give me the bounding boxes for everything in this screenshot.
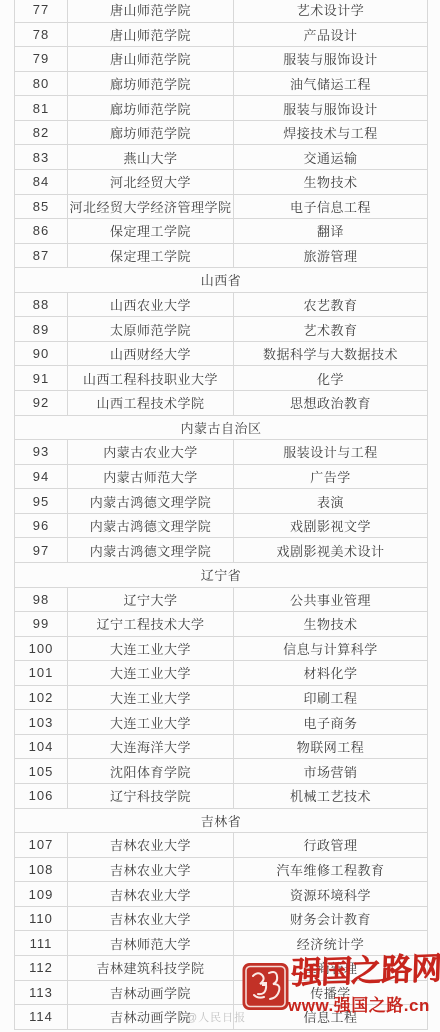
row-number: 85 [15, 195, 68, 219]
major-name: 焊接技术与工程 [234, 121, 427, 145]
table-row: 96内蒙古鸿德文理学院戏剧影视文学 [15, 514, 427, 539]
university-name: 吉林建筑科技学院 [68, 956, 234, 980]
watermark-site-url: www.强国之路.cn [288, 991, 430, 1016]
major-name: 服装设计与工程 [234, 440, 427, 464]
province-section-row: 内蒙古自治区 [15, 416, 427, 441]
major-name: 汽车维修工程教育 [234, 858, 427, 882]
table-row: 88山西农业大学农艺教育 [15, 293, 427, 318]
major-name: 艺术教育 [234, 317, 427, 341]
university-major-list-image: 77唐山师范学院艺术设计学78唐山师范学院产品设计79唐山师范学院服装与服饰设计… [0, 0, 440, 1032]
table-row: 90山西财经大学数据科学与大数据技术 [15, 342, 427, 367]
major-name: 油气储运工程 [234, 72, 427, 96]
table-row: 98辽宁大学公共事业管理 [15, 588, 427, 613]
university-name: 太原师范学院 [68, 317, 234, 341]
major-name: 思想政治教育 [234, 391, 427, 415]
table-row: 93内蒙古农业大学服装设计与工程 [15, 440, 427, 465]
university-name: 内蒙古农业大学 [68, 440, 234, 464]
university-name: 河北经贸大学 [68, 170, 234, 194]
university-name: 大连工业大学 [68, 661, 234, 685]
major-name: 电子信息工程 [234, 195, 427, 219]
major-name: 印刷工程 [234, 686, 427, 710]
table-row: 82廊坊师范学院焊接技术与工程 [15, 121, 427, 146]
table-row: 89太原师范学院艺术教育 [15, 317, 427, 342]
row-number: 87 [15, 244, 68, 268]
university-name: 吉林农业大学 [68, 833, 234, 857]
table-row: 100大连工业大学信息与计算科学 [15, 637, 427, 662]
row-number: 113 [15, 981, 68, 1005]
row-number: 88 [15, 293, 68, 317]
university-name: 辽宁大学 [68, 588, 234, 612]
row-number: 110 [15, 907, 68, 931]
major-name: 交通运输 [234, 145, 427, 169]
table-row: 94内蒙古师范大学广告学 [15, 465, 427, 490]
table-row: 79唐山师范学院服装与服饰设计 [15, 47, 427, 72]
university-name: 保定理工学院 [68, 219, 234, 243]
major-name: 艺术设计学 [234, 0, 427, 22]
row-number: 93 [15, 440, 68, 464]
major-name: 物联网工程 [234, 735, 427, 759]
province-section-row: 辽宁省 [15, 563, 427, 588]
university-name: 廊坊师范学院 [68, 72, 234, 96]
university-major-table: 77唐山师范学院艺术设计学78唐山师范学院产品设计79唐山师范学院服装与服饰设计… [14, 0, 428, 1030]
row-number: 112 [15, 956, 68, 980]
table-row: 97内蒙古鸿德文理学院戏剧影视美术设计 [15, 538, 427, 563]
row-number: 79 [15, 47, 68, 71]
university-name: 唐山师范学院 [68, 0, 234, 22]
row-number: 101 [15, 661, 68, 685]
university-name: 沈阳体育学院 [68, 759, 234, 783]
university-name: 内蒙古鸿德文理学院 [68, 514, 234, 538]
major-name: 生物技术 [234, 612, 427, 636]
table-row: 78唐山师范学院产品设计 [15, 23, 427, 48]
major-name: 旅游管理 [234, 244, 427, 268]
major-name: 翻译 [234, 219, 427, 243]
row-number: 107 [15, 833, 68, 857]
row-number: 81 [15, 96, 68, 120]
row-number: 108 [15, 858, 68, 882]
row-number: 106 [15, 784, 68, 808]
table-row: 84河北经贸大学生物技术 [15, 170, 427, 195]
university-name: 廊坊师范学院 [68, 96, 234, 120]
province-section-row: 山西省 [15, 268, 427, 293]
university-name: 大连工业大学 [68, 710, 234, 734]
major-name: 公共事业管理 [234, 588, 427, 612]
major-name: 信息与计算科学 [234, 637, 427, 661]
table-row: 80廊坊师范学院油气储运工程 [15, 72, 427, 97]
table-row: 77唐山师范学院艺术设计学 [15, 0, 427, 23]
table-row: 91山西工程科技职业大学化学 [15, 366, 427, 391]
university-name: 大连海洋大学 [68, 735, 234, 759]
major-name: 行政管理 [234, 833, 427, 857]
red-seal-stamp-icon [242, 962, 289, 1011]
row-number: 100 [15, 637, 68, 661]
row-number: 104 [15, 735, 68, 759]
row-number: 82 [15, 121, 68, 145]
table-row: 107吉林农业大学行政管理 [15, 833, 427, 858]
watermark-site-name: 强国之路网 [290, 950, 440, 991]
row-number: 94 [15, 465, 68, 489]
row-number: 99 [15, 612, 68, 636]
university-name: 廊坊师范学院 [68, 121, 234, 145]
university-name: 山西农业大学 [68, 293, 234, 317]
university-name: 吉林农业大学 [68, 858, 234, 882]
province-section-row: 吉林省 [15, 809, 427, 834]
table-row: 104大连海洋大学物联网工程 [15, 735, 427, 760]
province-name: 山西省 [15, 268, 427, 292]
university-name: 河北经贸大学经济管理学院 [68, 195, 234, 219]
row-number: 109 [15, 882, 68, 906]
university-name: 大连工业大学 [68, 686, 234, 710]
university-name: 大连工业大学 [68, 637, 234, 661]
row-number: 89 [15, 317, 68, 341]
row-number: 86 [15, 219, 68, 243]
university-name: 保定理工学院 [68, 244, 234, 268]
university-name: 山西工程技术学院 [68, 391, 234, 415]
university-name: 内蒙古师范大学 [68, 465, 234, 489]
university-name: 吉林动画学院 [68, 981, 234, 1005]
table-row: 81廊坊师范学院服装与服饰设计 [15, 96, 427, 121]
row-number: 102 [15, 686, 68, 710]
row-number: 91 [15, 366, 68, 390]
row-number: 80 [15, 72, 68, 96]
row-number: 111 [15, 931, 68, 955]
table-row: 109吉林农业大学资源环境科学 [15, 882, 427, 907]
major-name: 表演 [234, 489, 427, 513]
university-name: 辽宁科技学院 [68, 784, 234, 808]
major-name: 戏剧影视美术设计 [234, 538, 427, 562]
major-name: 机械工艺技术 [234, 784, 427, 808]
table-row: 92山西工程技术学院思想政治教育 [15, 391, 427, 416]
university-name: 唐山师范学院 [68, 47, 234, 71]
major-name: 广告学 [234, 465, 427, 489]
row-number: 97 [15, 538, 68, 562]
university-name: 唐山师范学院 [68, 23, 234, 47]
major-name: 数据科学与大数据技术 [234, 342, 427, 366]
major-name: 财务会计教育 [234, 907, 427, 931]
table-row: 87保定理工学院旅游管理 [15, 244, 427, 269]
table-row: 110吉林农业大学财务会计教育 [15, 907, 427, 932]
province-name: 吉林省 [15, 809, 427, 833]
province-name: 辽宁省 [15, 563, 427, 587]
row-number: 95 [15, 489, 68, 513]
major-name: 服装与服饰设计 [234, 96, 427, 120]
table-row: 101大连工业大学材料化学 [15, 661, 427, 686]
table-row: 95内蒙古鸿德文理学院表演 [15, 489, 427, 514]
table-row: 102大连工业大学印刷工程 [15, 686, 427, 711]
major-name: 市场营销 [234, 759, 427, 783]
table-row: 99辽宁工程技术大学生物技术 [15, 612, 427, 637]
table-row: 108吉林农业大学汽车维修工程教育 [15, 858, 427, 883]
major-name: 材料化学 [234, 661, 427, 685]
university-name: 辽宁工程技术大学 [68, 612, 234, 636]
row-number: 90 [15, 342, 68, 366]
row-number: 83 [15, 145, 68, 169]
major-name: 资源环境科学 [234, 882, 427, 906]
province-name: 内蒙古自治区 [15, 416, 427, 440]
row-number: 77 [15, 0, 68, 22]
table-row: 86保定理工学院翻译 [15, 219, 427, 244]
table-row: 103大连工业大学电子商务 [15, 710, 427, 735]
row-number: 103 [15, 710, 68, 734]
table-row: 83燕山大学交通运输 [15, 145, 427, 170]
watermark-credit: @人民日报 [186, 1009, 246, 1025]
table-row: 85河北经贸大学经济管理学院电子信息工程 [15, 195, 427, 220]
table-row: 106辽宁科技学院机械工艺技术 [15, 784, 427, 809]
row-number: 105 [15, 759, 68, 783]
row-number: 92 [15, 391, 68, 415]
row-number: 98 [15, 588, 68, 612]
university-name: 吉林师范大学 [68, 931, 234, 955]
university-name: 内蒙古鸿德文理学院 [68, 489, 234, 513]
major-name: 化学 [234, 366, 427, 390]
row-number: 84 [15, 170, 68, 194]
university-name: 山西财经大学 [68, 342, 234, 366]
major-name: 电子商务 [234, 710, 427, 734]
major-name: 服装与服饰设计 [234, 47, 427, 71]
university-name: 山西工程科技职业大学 [68, 366, 234, 390]
university-name: 内蒙古鸿德文理学院 [68, 538, 234, 562]
university-name: 燕山大学 [68, 145, 234, 169]
row-number: 78 [15, 23, 68, 47]
major-name: 生物技术 [234, 170, 427, 194]
row-number: 114 [15, 1005, 68, 1029]
major-name: 戏剧影视文学 [234, 514, 427, 538]
table-row: 105沈阳体育学院市场营销 [15, 759, 427, 784]
university-name: 吉林农业大学 [68, 882, 234, 906]
major-name: 农艺教育 [234, 293, 427, 317]
major-name: 产品设计 [234, 23, 427, 47]
university-name: 吉林农业大学 [68, 907, 234, 931]
row-number: 96 [15, 514, 68, 538]
